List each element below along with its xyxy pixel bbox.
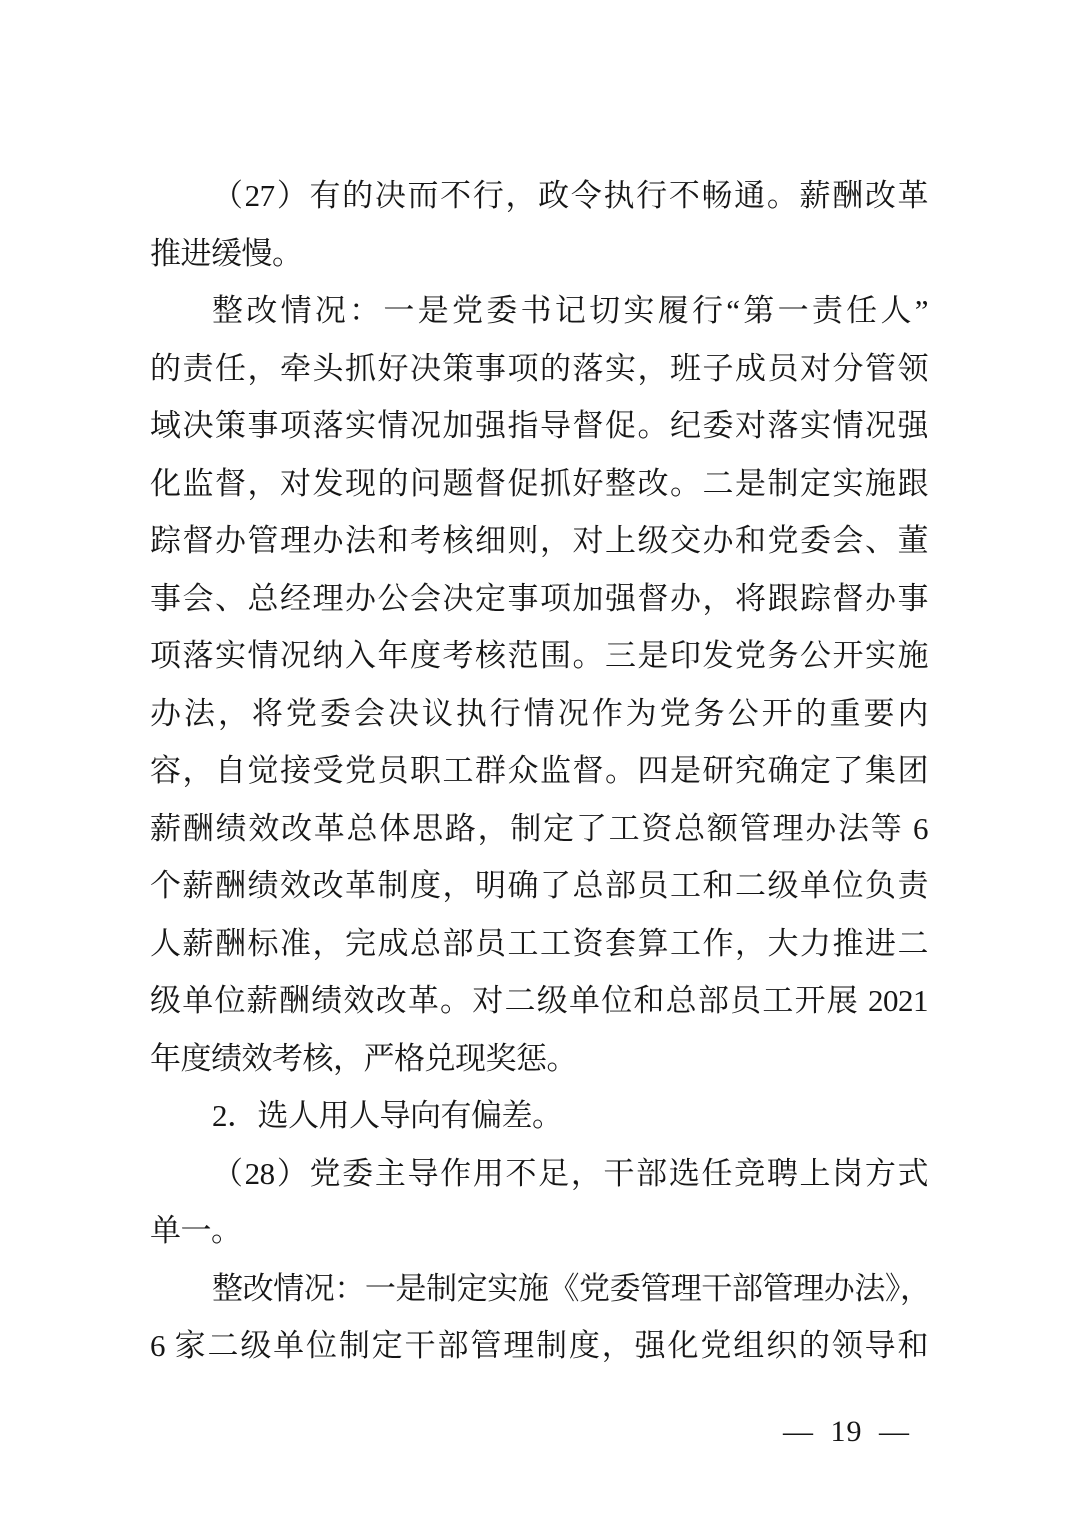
text-line: 办法，将党委会决议执行情况作为党务公开的重要内 [150, 685, 928, 743]
text-line: 项落实情况纳入年度考核范围。三是印发党务公开实施 [150, 627, 928, 685]
document-page: （27）有的决而不行，政令执行不畅通。薪酬改革 推进缓慢。 整改情况：一是党委书… [0, 0, 1080, 1528]
document-body: （27）有的决而不行，政令执行不畅通。薪酬改革 推进缓慢。 整改情况：一是党委书… [150, 167, 928, 1375]
text-line: 个薪酬绩效改革制度，明确了总部员工和二级单位负责 [150, 857, 928, 915]
text-line: （28）党委主导作用不足，干部选任竞聘上岗方式 [150, 1145, 928, 1203]
text-line: 域决策事项落实情况加强指导督促。纪委对落实情况强 [150, 397, 928, 455]
text-line: 单一。 [150, 1202, 928, 1260]
text-line: （27）有的决而不行，政令执行不畅通。薪酬改革 [150, 167, 928, 225]
text-line: 6 家二级单位制定干部管理制度，强化党组织的领导和 [150, 1317, 928, 1375]
text-line: 化监督，对发现的问题督促抓好整改。二是制定实施跟 [150, 455, 928, 513]
text-line: 事会、总经理办公会决定事项加强督办，将跟踪督办事 [150, 570, 928, 628]
text-line: 年度绩效考核，严格兑现奖惩。 [150, 1030, 928, 1088]
text-line: 级单位薪酬绩效改革。对二级单位和总部员工开展 2021 [150, 972, 928, 1030]
text-line: 推进缓慢。 [150, 225, 928, 283]
text-line: 人薪酬标准，完成总部员工工资套算工作，大力推进二 [150, 915, 928, 973]
text-line: 容，自觉接受党员职工群众监督。四是研究确定了集团 [150, 742, 928, 800]
text-line: 整改情况：一是党委书记切实履行“第一责任人” [150, 282, 928, 340]
page-number: — 19 — [783, 1412, 910, 1452]
text-line: 踪督办管理办法和考核细则，对上级交办和党委会、董 [150, 512, 928, 570]
text-line: 的责任，牵头抓好决策事项的落实，班子成员对分管领 [150, 340, 928, 398]
text-line: 整改情况：一是制定实施《党委管理干部管理办法》， [150, 1260, 928, 1318]
text-line: 2．选人用人导向有偏差。 [150, 1087, 928, 1145]
text-line: 薪酬绩效改革总体思路，制定了工资总额管理办法等 6 [150, 800, 928, 858]
